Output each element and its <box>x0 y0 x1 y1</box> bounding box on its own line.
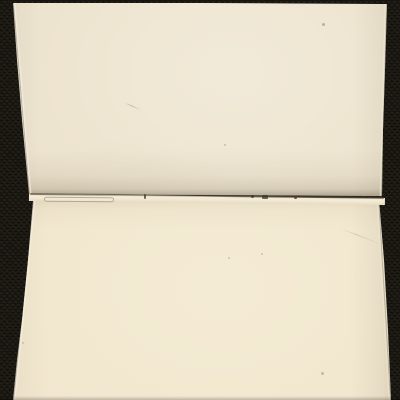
top-page-right-edge <box>379 4 387 197</box>
stitch-mark <box>144 194 146 199</box>
stitch-mark <box>294 197 297 199</box>
paper-speck <box>322 23 325 26</box>
bottom-page-left-edge <box>13 201 36 400</box>
paper-speck <box>261 253 263 255</box>
stitch-mark <box>363 196 366 198</box>
paper-speck <box>228 257 230 259</box>
bottom-page-right-edge <box>376 199 391 400</box>
paper-crease <box>339 228 382 245</box>
paper-crease <box>125 102 142 110</box>
stitch-mark <box>251 195 254 198</box>
scan-backdrop <box>0 0 400 400</box>
thread-loop <box>44 197 114 203</box>
paper-speck <box>22 342 24 344</box>
paper-speck <box>321 372 324 375</box>
top-page-left-edge <box>13 3 32 195</box>
paper-speck <box>224 144 226 146</box>
stitch-mark <box>262 195 268 199</box>
